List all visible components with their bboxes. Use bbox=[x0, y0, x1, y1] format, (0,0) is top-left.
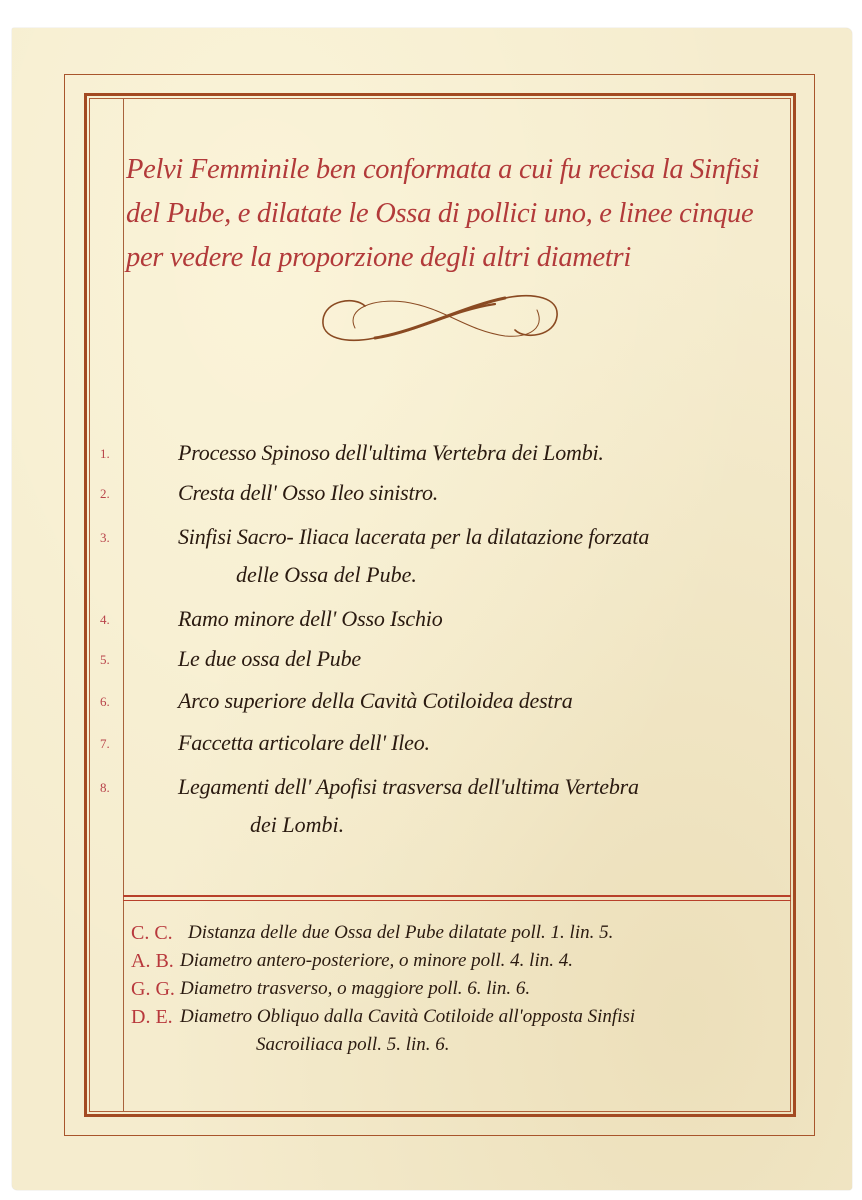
list-item: 7. Faccetta articolare dell' Ileo. bbox=[0, 730, 862, 766]
item-number: 5. bbox=[100, 652, 110, 668]
list-item: 6. Arco superiore della Cavità Cotiloide… bbox=[0, 688, 862, 724]
item-text: Le due ossa del Pube bbox=[178, 646, 361, 672]
list-item: 3. Sinfisi Sacro- Iliaca lacerata per la… bbox=[0, 524, 862, 560]
measurement-row: C. C. Distanza delle due Ossa del Pube d… bbox=[0, 922, 862, 948]
item-number: 8. bbox=[100, 780, 110, 796]
list-item: 2. Cresta dell' Osso Ileo sinistro. bbox=[0, 480, 862, 516]
measurement-text: Diametro antero-posteriore, o minore pol… bbox=[180, 950, 573, 972]
measurement-text: Distanza delle due Ossa del Pube dilatat… bbox=[188, 922, 613, 944]
section-divider-thin bbox=[123, 900, 791, 901]
measurement-label: A. B. bbox=[131, 950, 174, 973]
item-number: 6. bbox=[100, 694, 110, 710]
section-divider bbox=[123, 895, 791, 897]
title-line-1: Pelvi Femminile ben conformata a cui fu … bbox=[126, 148, 794, 192]
page-title: Pelvi Femminile ben conformata a cui fu … bbox=[126, 148, 794, 280]
item-text: Legamenti dell' Apofisi trasversa dell'u… bbox=[178, 774, 639, 800]
measurement-row: D. E. Diametro Obliquo dalla Cavità Coti… bbox=[0, 1006, 862, 1032]
measurement-text: Diametro trasverso, o maggiore poll. 6. … bbox=[180, 978, 530, 1000]
measurement-row: G. G. Diametro trasverso, o maggiore pol… bbox=[0, 978, 862, 1004]
item-text: Sinfisi Sacro- Iliaca lacerata per la di… bbox=[178, 524, 649, 550]
list-item: 5. Le due ossa del Pube bbox=[0, 646, 862, 682]
item-text: Ramo minore dell' Osso Ischio bbox=[178, 606, 443, 632]
item-number: 7. bbox=[100, 736, 110, 752]
measurement-row: A. B. Diametro antero-posteriore, o mino… bbox=[0, 950, 862, 976]
title-line-2: del Pube, e dilatate le Ossa di pollici … bbox=[126, 192, 794, 236]
item-continuation: dei Lombi. bbox=[250, 812, 344, 838]
list-item: 1. Processo Spinoso dell'ultima Vertebra… bbox=[0, 440, 862, 476]
list-item: 4. Ramo minore dell' Osso Ischio bbox=[0, 606, 862, 642]
list-item: 8. Legamenti dell' Apofisi trasversa del… bbox=[0, 774, 862, 810]
measurement-continuation: Sacroiliaca poll. 5. lin. 6. bbox=[256, 1034, 450, 1056]
measurement-text: Diametro Obliquo dalla Cavità Cotiloide … bbox=[180, 1006, 635, 1028]
calligraphic-flourish-icon bbox=[315, 288, 565, 348]
item-number: 4. bbox=[100, 612, 110, 628]
measurement-label: D. E. bbox=[131, 1006, 173, 1029]
item-text: Cresta dell' Osso Ileo sinistro. bbox=[178, 480, 438, 506]
title-line-3: per vedere la proporzione degli altri di… bbox=[126, 236, 794, 280]
item-number: 2. bbox=[100, 486, 110, 502]
item-number: 3. bbox=[100, 530, 110, 546]
item-number: 1. bbox=[100, 446, 110, 462]
measurement-label: C. C. bbox=[131, 922, 173, 945]
item-text: Processo Spinoso dell'ultima Vertebra de… bbox=[178, 440, 604, 466]
item-text: Faccetta articolare dell' Ileo. bbox=[178, 730, 430, 756]
item-continuation: delle Ossa del Pube. bbox=[236, 562, 417, 588]
item-text: Arco superiore della Cavità Cotiloidea d… bbox=[178, 688, 573, 714]
measurement-label: G. G. bbox=[131, 978, 175, 1001]
